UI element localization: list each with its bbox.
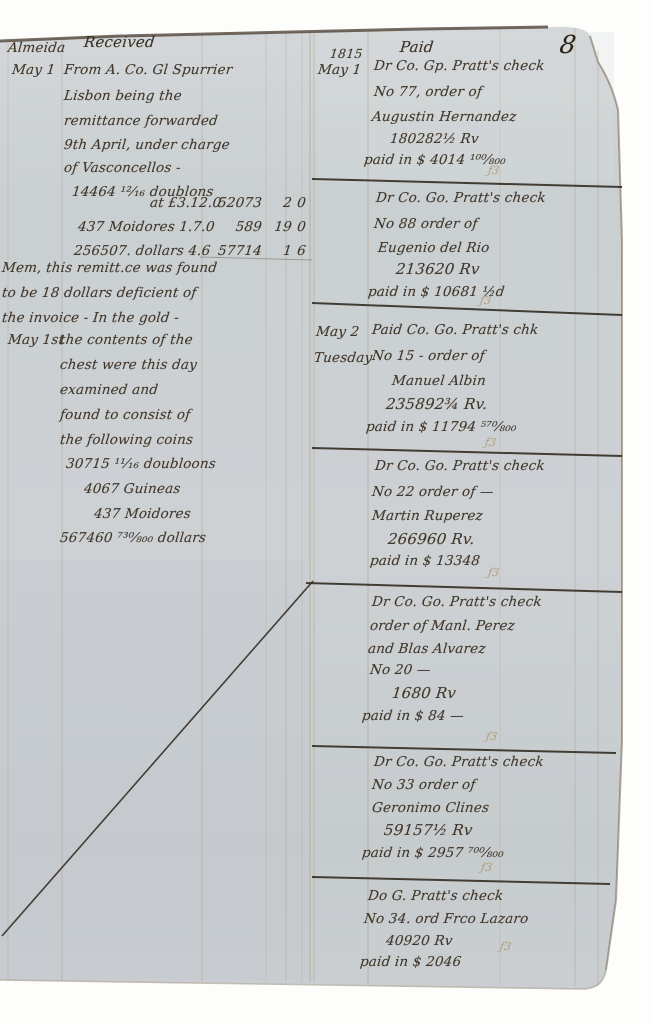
entry-date: May 1 <box>11 62 56 78</box>
pencil-mark: ƒ3 <box>499 940 512 953</box>
row-pounds: 57714 <box>199 243 263 259</box>
entry-line: No 22 order of — <box>371 484 494 500</box>
row-shillings: 19 <box>267 219 293 235</box>
row-pence: 0 <box>291 219 307 235</box>
row-shillings: 1 <box>267 243 293 259</box>
entry-line: 1680 Rv <box>391 684 457 702</box>
entry-line: Dr Co. Go. Pratt's check <box>374 458 545 474</box>
entry-line: 4067 Guineas <box>83 481 181 497</box>
row-label: 256507. dollars 4.6 <box>73 243 211 259</box>
entry-line: paid in $ 2957 ⁷⁰⁰⁄₈₀₀ <box>361 845 505 861</box>
entry-line: Martin Ruperez <box>371 508 484 524</box>
entry-line: Paid Co. Go. Pratt's chk <box>371 322 539 338</box>
entry-line: chest were this day <box>59 357 198 373</box>
entry-line: paid in $ 11794 ⁵⁷⁰⁄₈₀₀ <box>365 419 517 435</box>
entry-line: Augustin Hernandez <box>371 109 517 125</box>
entry-line: 180282½ Rv <box>389 131 479 147</box>
entry-line: remittance forwarded <box>63 113 219 129</box>
entry-line: order of Manl. Perez <box>369 618 516 634</box>
entry-line: Dr Co. Go. Pratt's check <box>371 594 542 610</box>
entry-line: No 34. ord Frco Lazaro <box>363 911 529 927</box>
entry-day: Tuesday <box>313 350 373 366</box>
paid-column-title: Paid <box>399 38 434 56</box>
entry-line: 213620 Rv <box>395 260 481 278</box>
entry-line: Eugenio del Rio <box>377 240 490 256</box>
entry-line: 567460 ⁷³⁰⁄₈₀₀ dollars <box>59 530 207 546</box>
row-pounds: 52073 <box>199 195 263 211</box>
pencil-mark: ƒ3 <box>480 861 493 874</box>
entry-line: the following coins <box>59 432 194 448</box>
entry-line: found to consist of <box>59 407 191 423</box>
entry-line: No 33 order of <box>371 777 476 793</box>
entry-line: of Vasconcellos - <box>63 160 181 176</box>
entry-line: From A. Co. Gl Spurrier <box>63 62 233 78</box>
year-label: 1815 <box>329 46 363 61</box>
entry-line: Geronimo Clines <box>371 800 490 816</box>
account-label: Almeida <box>7 40 66 56</box>
entry-line: No 88 order of <box>373 216 478 232</box>
entry-line: paid in $ 13348 <box>369 553 481 569</box>
entry-line: No 77, order of <box>373 84 483 100</box>
entry-line: Do G. Pratt's check <box>367 888 504 904</box>
entry-line: No 15 - order of <box>371 348 486 364</box>
row-pence: 0 <box>291 195 307 211</box>
entry-date: May 1st <box>7 332 65 348</box>
entry-line: examined and <box>59 382 159 398</box>
entry-line: Dr Co. Go. Pratt's check <box>375 190 546 206</box>
entry-line: Dr Co. Gp. Pratt's check <box>373 58 545 74</box>
row-pounds: 589 <box>199 219 263 235</box>
entry-line: 30715 ¹¹⁄₁₆ doubloons <box>65 456 217 472</box>
entry-line: Dr Co. Go. Pratt's check <box>373 754 544 770</box>
entry-line: the contents of the <box>59 332 194 348</box>
entry-line: paid in $ 4014 ¹⁰⁰⁄₈₀₀ <box>363 152 507 168</box>
pencil-mark: ƒ3 <box>487 164 500 177</box>
row-pence: 6 <box>291 243 307 259</box>
entry-line: paid in $ 2046 <box>359 954 462 970</box>
entry-line: Lisbon being the <box>63 88 183 104</box>
entry-line: Manuel Albin <box>391 373 487 389</box>
ledger-scan: Almeida Received 1815 Paid 8 May 1 From … <box>0 0 650 1024</box>
entry-line: No 20 — <box>369 662 431 678</box>
pencil-mark: ƒ3 <box>479 294 492 307</box>
entry-date: May 1 <box>317 62 362 78</box>
entry-line: paid in $ 84 — <box>361 708 465 724</box>
memo-line: the invoice - In the gold - <box>1 310 180 326</box>
entry-line: 266960 Rv. <box>387 530 476 548</box>
entry-line: 9th April, under charge <box>63 137 231 153</box>
entry-line: 59157½ Rv <box>383 821 473 839</box>
memo-line: Mem, this remitt.ce was found <box>1 260 218 276</box>
pencil-mark: ƒ3 <box>487 566 500 579</box>
memo-line: to be 18 dollars deficient of <box>1 285 197 301</box>
pencil-mark: ƒ3 <box>485 730 498 743</box>
entry-date: May 2 <box>315 324 360 340</box>
entry-line: and Blas Alvarez <box>367 641 486 657</box>
row-shillings: 2 <box>267 195 293 211</box>
pencil-mark: ƒ3 <box>484 436 497 449</box>
entry-line: 40920 Rv <box>385 933 453 949</box>
row-label: 437 Moidores 1.7.0 <box>77 219 215 235</box>
received-column-title: Received <box>83 33 156 51</box>
entry-line: 235892¾ Rv. <box>385 395 488 413</box>
entry-line: 437 Moidores <box>93 506 192 522</box>
